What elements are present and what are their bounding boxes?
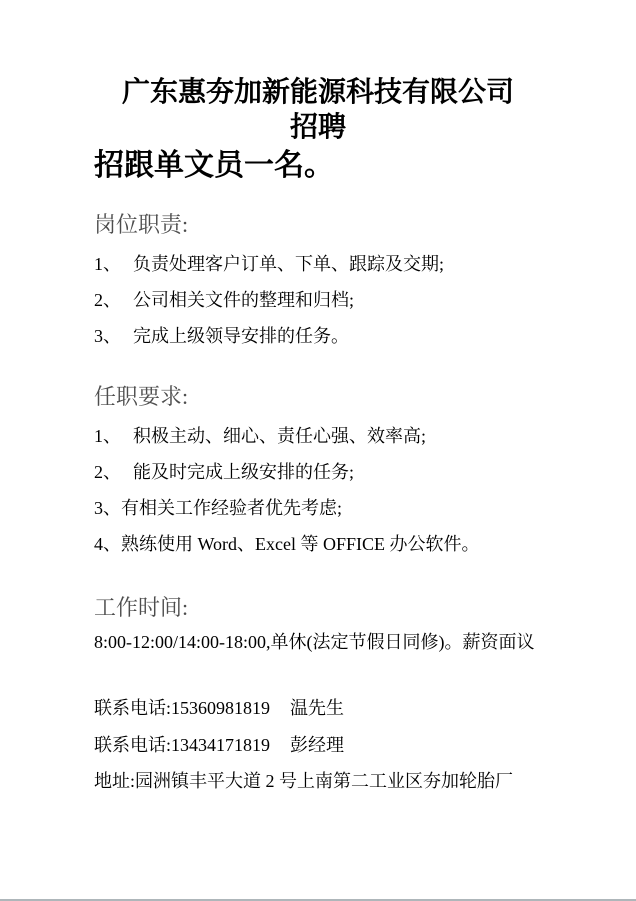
phone-number: 13434171819 (171, 735, 270, 755)
document-page: 广东惠夯加新能源科技有限公司 招聘 招跟单文员一名。 岗位职责: 1、负责处理客… (0, 0, 636, 901)
list-number: 1、 (94, 252, 133, 276)
contact-phone-line: 联系电话:13434171819彭经理 (94, 733, 596, 757)
company-title: 广东惠夯加新能源科技有限公司 (0, 74, 636, 112)
list-number: 3、 (94, 324, 133, 348)
duty-item: 1、负责处理客户订单、下单、跟踪及交期; (94, 252, 596, 276)
list-number: 4、 (94, 534, 121, 554)
address-text: 园洲镇丰平大道 2 号上南第二工业区夯加轮胎厂 (135, 771, 513, 791)
list-number: 3、 (94, 498, 121, 518)
address-label: 地址: (94, 771, 135, 791)
list-number: 2、 (94, 288, 133, 312)
section-worktime-heading: 工作时间: (94, 593, 596, 623)
phone-number: 15360981819 (171, 698, 270, 718)
contact-label: 联系电话: (94, 735, 171, 755)
requirement-item-text: 能及时完成上级安排的任务; (133, 462, 354, 482)
requirement-item: 1、积极主动、细心、责任心强、效率高; (94, 424, 596, 448)
recruit-heading: 招聘 (0, 112, 636, 144)
requirement-item: 4、熟练使用 Word、Excel 等 OFFICE 办公软件。 (94, 532, 596, 556)
duty-item: 2、公司相关文件的整理和归档; (94, 288, 596, 312)
requirement-item: 2、能及时完成上级安排的任务; (94, 460, 596, 484)
duty-item-text: 公司相关文件的整理和归档; (133, 290, 354, 310)
section-duties-heading: 岗位职责: (94, 210, 596, 240)
list-number: 2、 (94, 460, 133, 484)
duty-item-text: 负责处理客户订单、下单、跟踪及交期; (133, 254, 444, 274)
requirement-item-text: 有相关工作经验者优先考虑; (121, 498, 342, 518)
requirement-item-text: 熟练使用 Word、Excel 等 OFFICE 办公软件。 (121, 534, 480, 554)
requirement-item: 3、有相关工作经验者优先考虑; (94, 496, 596, 520)
duty-item-text: 完成上级领导安排的任务。 (133, 326, 349, 346)
contact-label: 联系电话: (94, 698, 171, 718)
worktime-schedule: 8:00-12:00/14:00-18:00,单休(法定节假日同修)。薪资面议 (94, 630, 596, 654)
address-line: 地址:园洲镇丰平大道 2 号上南第二工业区夯加轮胎厂 (94, 769, 596, 793)
list-number: 1、 (94, 424, 133, 448)
contact-person: 温先生 (290, 698, 344, 718)
duty-item: 3、完成上级领导安排的任务。 (94, 324, 596, 348)
document-body: 广东惠夯加新能源科技有限公司 招聘 招跟单文员一名。 岗位职责: 1、负责处理客… (0, 74, 636, 793)
requirement-item-text: 积极主动、细心、责任心强、效率高; (133, 426, 426, 446)
contact-phone-line: 联系电话:15360981819温先生 (94, 696, 596, 720)
section-requirements-heading: 任职要求: (94, 382, 596, 412)
contact-person: 彭经理 (290, 735, 344, 755)
position-intro: 招跟单文员一名。 (94, 146, 596, 186)
